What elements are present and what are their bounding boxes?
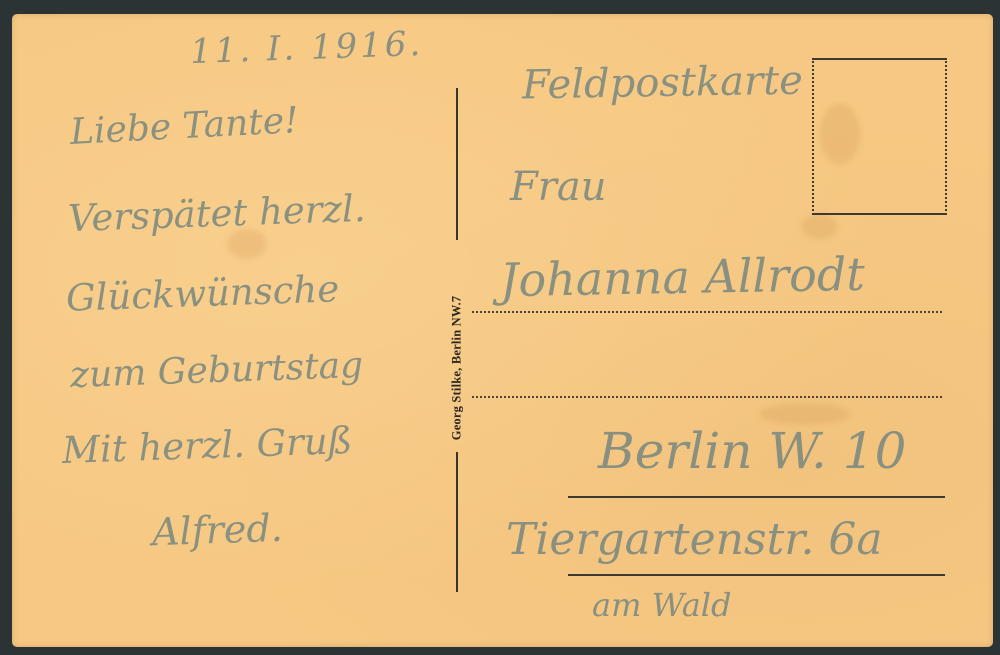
address-line-4 xyxy=(568,574,945,576)
publisher-imprint: Georg Stilke, Berlin NW.7 xyxy=(450,296,465,440)
center-divider-bottom xyxy=(456,452,458,592)
handwritten-city: Berlin W. 10 xyxy=(598,422,906,480)
address-line-3 xyxy=(568,496,945,498)
handwritten-message-line: Mit herzl. Gruß xyxy=(61,419,353,472)
center-divider-top xyxy=(456,88,458,240)
handwritten-recipient-name: Johanna Allrodt xyxy=(500,247,866,307)
handwritten-date: 11. I. 1916. xyxy=(189,24,424,72)
address-line-2 xyxy=(472,396,942,398)
handwritten-message-line: Verspätet herzl. xyxy=(67,187,366,240)
stain xyxy=(760,404,850,424)
handwritten-note: am Wald xyxy=(592,586,732,624)
handwritten-message-line: Liebe Tante! xyxy=(69,100,299,153)
handwritten-header: Feldpostkarte xyxy=(522,58,804,109)
handwritten-message-line: Glückwünsche xyxy=(65,267,339,320)
handwritten-signature: Alfred. xyxy=(151,506,283,555)
address-line-1 xyxy=(472,311,942,313)
handwritten-street: Tiergartenstr. 6a xyxy=(506,514,883,565)
stain xyxy=(802,214,837,239)
stamp-box xyxy=(812,58,947,215)
handwritten-message-line: zum Geburtstag xyxy=(69,345,363,396)
handwritten-recipient-title: Frau xyxy=(510,164,606,210)
postcard: 11. I. 1916. Liebe Tante! Verspätet herz… xyxy=(12,14,993,647)
